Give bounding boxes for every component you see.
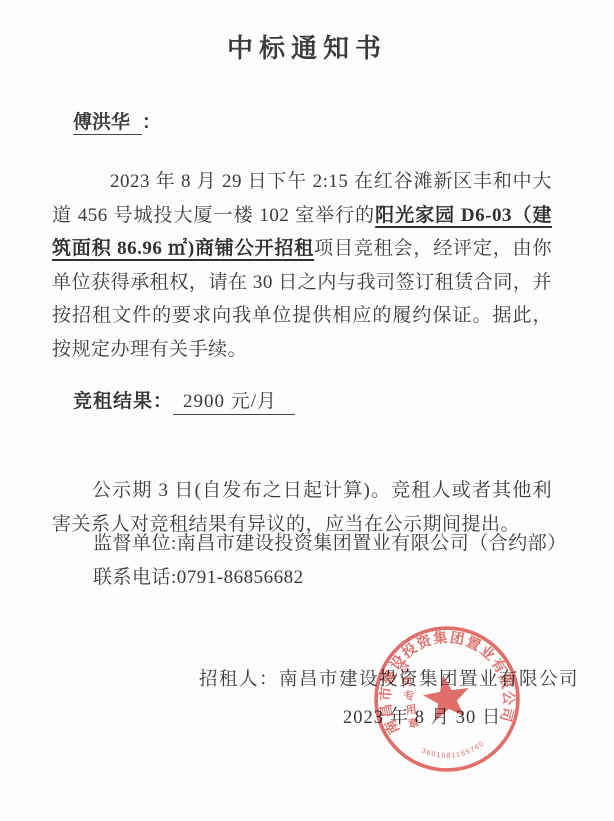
- lessor-label: 招租人：: [199, 670, 279, 690]
- recipient-colon: ：: [142, 112, 161, 133]
- company-seal-graphic: 南昌市建设投资集团置业有限公司 3601081165760: [360, 612, 534, 786]
- bid-result-value: 2900 元/月: [173, 391, 295, 415]
- recipient-name: 傅洪华: [73, 112, 142, 135]
- company-seal: 南昌市建设投资集团置业有限公司 3601081165760 合同专用章: [360, 612, 534, 786]
- contact-phone-line: 联系电话:0791-86856682: [93, 562, 304, 589]
- lessor-signature-line: 招租人：南昌市建设投资集团置业有限公司: [199, 665, 579, 691]
- supervisor-line: 监督单位:南昌市建设投资集团置业有限公司（合约部）: [93, 528, 567, 555]
- seal-serial-text: 3601081165760: [419, 737, 487, 765]
- seal-ring-circle: [366, 618, 528, 780]
- recipient-line: 傅洪华：: [73, 107, 161, 134]
- bid-result-line: 竞租结果：2900 元/月: [73, 386, 295, 413]
- seal-serial-arc: 3601081165760: [419, 737, 487, 765]
- signature-date: 2023 年 8 月 30 日: [343, 703, 501, 729]
- bid-result-label: 竞租结果：: [73, 391, 173, 412]
- page-title: 中标通知书: [0, 28, 614, 65]
- body-paragraph-1: 2023 年 8 月 29 日下午 2:15 在红谷滩新区丰和中大道 456 号…: [52, 165, 552, 366]
- lessor-name: 南昌市建设投资集团置业有限公司: [279, 670, 579, 690]
- document-page: 中标通知书 傅洪华： 2023 年 8 月 29 日下午 2:15 在红谷滩新区…: [0, 0, 614, 821]
